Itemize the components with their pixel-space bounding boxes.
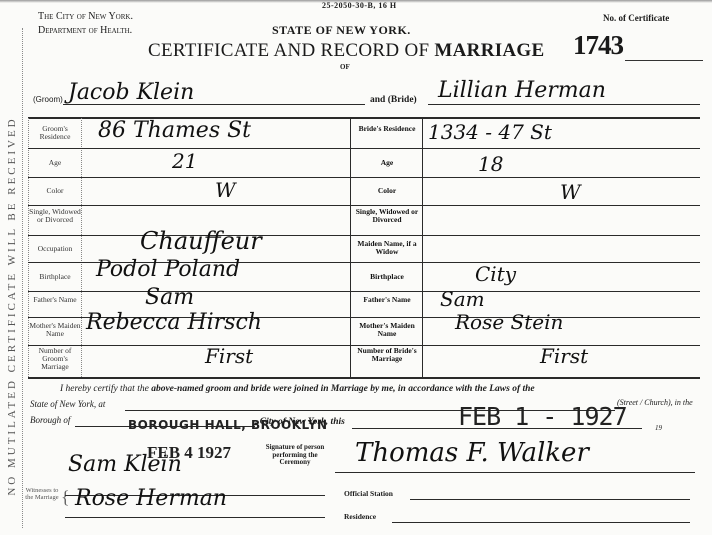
witness-2-signature: Rose Herman — [75, 486, 227, 511]
groom-age-value: 21 — [172, 149, 197, 173]
bride-label: and (Bride) — [370, 95, 417, 105]
groom-mother-value: Rebecca Hirsch — [86, 310, 262, 335]
groom-father-value: Sam — [145, 285, 194, 310]
groom-occupation-label: Occupation — [29, 245, 81, 253]
witnesses-bracket: { — [61, 488, 70, 506]
table-bottom-rule — [28, 377, 700, 379]
official-station-label: Official Station — [344, 489, 393, 498]
groom-birthplace-label: Birthplace — [29, 273, 81, 281]
residence-label: Residence — [344, 512, 376, 521]
groom-marriage-number-value: First — [205, 344, 253, 368]
groom-marriage-number-label: Number of Groom's Marriage — [29, 347, 81, 371]
groom-father-label: Father's Name — [29, 296, 81, 304]
witness-2-line — [65, 517, 325, 518]
bride-maiden-name-label: Maiden Name, if a Widow — [352, 240, 422, 256]
bride-age-value: 18 — [478, 152, 503, 176]
signature-line — [335, 472, 695, 473]
official-station-field[interactable] — [410, 499, 690, 500]
officiant-signature: Thomas F. Walker — [355, 438, 589, 468]
bride-residence-label: Bride's Residence — [352, 125, 422, 133]
bride-residence-value: 1334 - 47 St — [428, 120, 552, 144]
certificate-number: 1743 — [573, 30, 623, 61]
bride-birthplace-value: City — [475, 262, 516, 286]
form-number: 25-2050-30-B, 16 H — [322, 1, 397, 10]
certificate-number-line — [625, 60, 703, 61]
document-title: CERTIFICATE AND RECORD OF MARRIAGE — [148, 40, 545, 62]
signature-label: Signature of person performing the Cerem… — [256, 444, 334, 467]
bride-marriage-number-label: Number of Bride's Marriage — [352, 347, 422, 363]
bride-label-divider — [422, 118, 423, 377]
state-heading: STATE OF NEW YORK. — [272, 23, 411, 38]
bride-marital-status-label: Single, Widowed or Divorced — [352, 208, 422, 224]
year-prefix: 19 — [655, 424, 662, 432]
marriage-date-stamp: FEB 1 - 1927 — [458, 402, 627, 431]
certificate-number-label: No. of Certificate — [603, 13, 669, 23]
left-perforation-line — [22, 28, 23, 528]
witness-1-signature: Sam Klein — [68, 452, 182, 477]
groom-bride-divider — [350, 118, 351, 377]
bride-name: Lillian Herman — [438, 78, 606, 103]
bride-mother-value: Rose Stein — [455, 310, 563, 334]
groom-mother-label: Mother's Maiden Name — [29, 322, 81, 338]
title-of: OF — [340, 63, 350, 71]
groom-label: (Groom) — [33, 95, 63, 104]
row-rule — [28, 205, 700, 206]
row-rule — [28, 291, 700, 292]
groom-occupation-value: Chauffeur — [140, 227, 262, 255]
groom-birthplace-value: Podol Poland — [96, 257, 240, 282]
row-rule — [28, 148, 700, 149]
groom-marital-status-label: Single, Widowed or Divorced — [29, 208, 81, 224]
bride-color-label: Color — [352, 187, 422, 195]
city-heading: The City of New York. — [38, 11, 133, 22]
residence-field[interactable] — [392, 522, 690, 523]
witnesses-label: Witnesses to the Marriage — [22, 487, 62, 501]
bride-father-label: Father's Name — [352, 296, 422, 304]
certification-state-label: State of New York, at — [30, 399, 105, 409]
bride-birthplace-label: Birthplace — [352, 273, 422, 281]
city-label: , City of New York, this — [255, 417, 345, 427]
bride-marriage-number-value: First — [540, 344, 588, 368]
bride-father-value: Sam — [440, 287, 485, 311]
bride-age-label: Age — [352, 159, 422, 167]
bride-color-value: W — [560, 180, 581, 204]
groom-age-label: Age — [29, 159, 81, 167]
groom-residence-value: 86 Thames St — [98, 118, 251, 143]
side-notice: NO MUTILATED CERTIFICATE WILL BE RECEIVE… — [6, 106, 18, 506]
groom-color-value: W — [215, 178, 236, 202]
groom-label-divider — [81, 118, 82, 377]
groom-color-label: Color — [29, 187, 81, 195]
department-heading: Department of Health. — [38, 25, 132, 36]
street-church-label: (Street / Church), in the — [617, 398, 693, 407]
row-rule — [28, 235, 700, 236]
groom-name: Jacob Klein — [68, 80, 194, 105]
borough-label: Borough of — [30, 415, 70, 425]
groom-name-line — [63, 104, 365, 105]
certification-line-1: I hereby certify that the above-named gr… — [60, 384, 535, 394]
bride-mother-label: Mother's Maiden Name — [352, 322, 422, 338]
groom-residence-label: Groom's Residence — [29, 125, 81, 141]
bride-name-line — [428, 104, 700, 105]
row-rule — [28, 177, 700, 178]
